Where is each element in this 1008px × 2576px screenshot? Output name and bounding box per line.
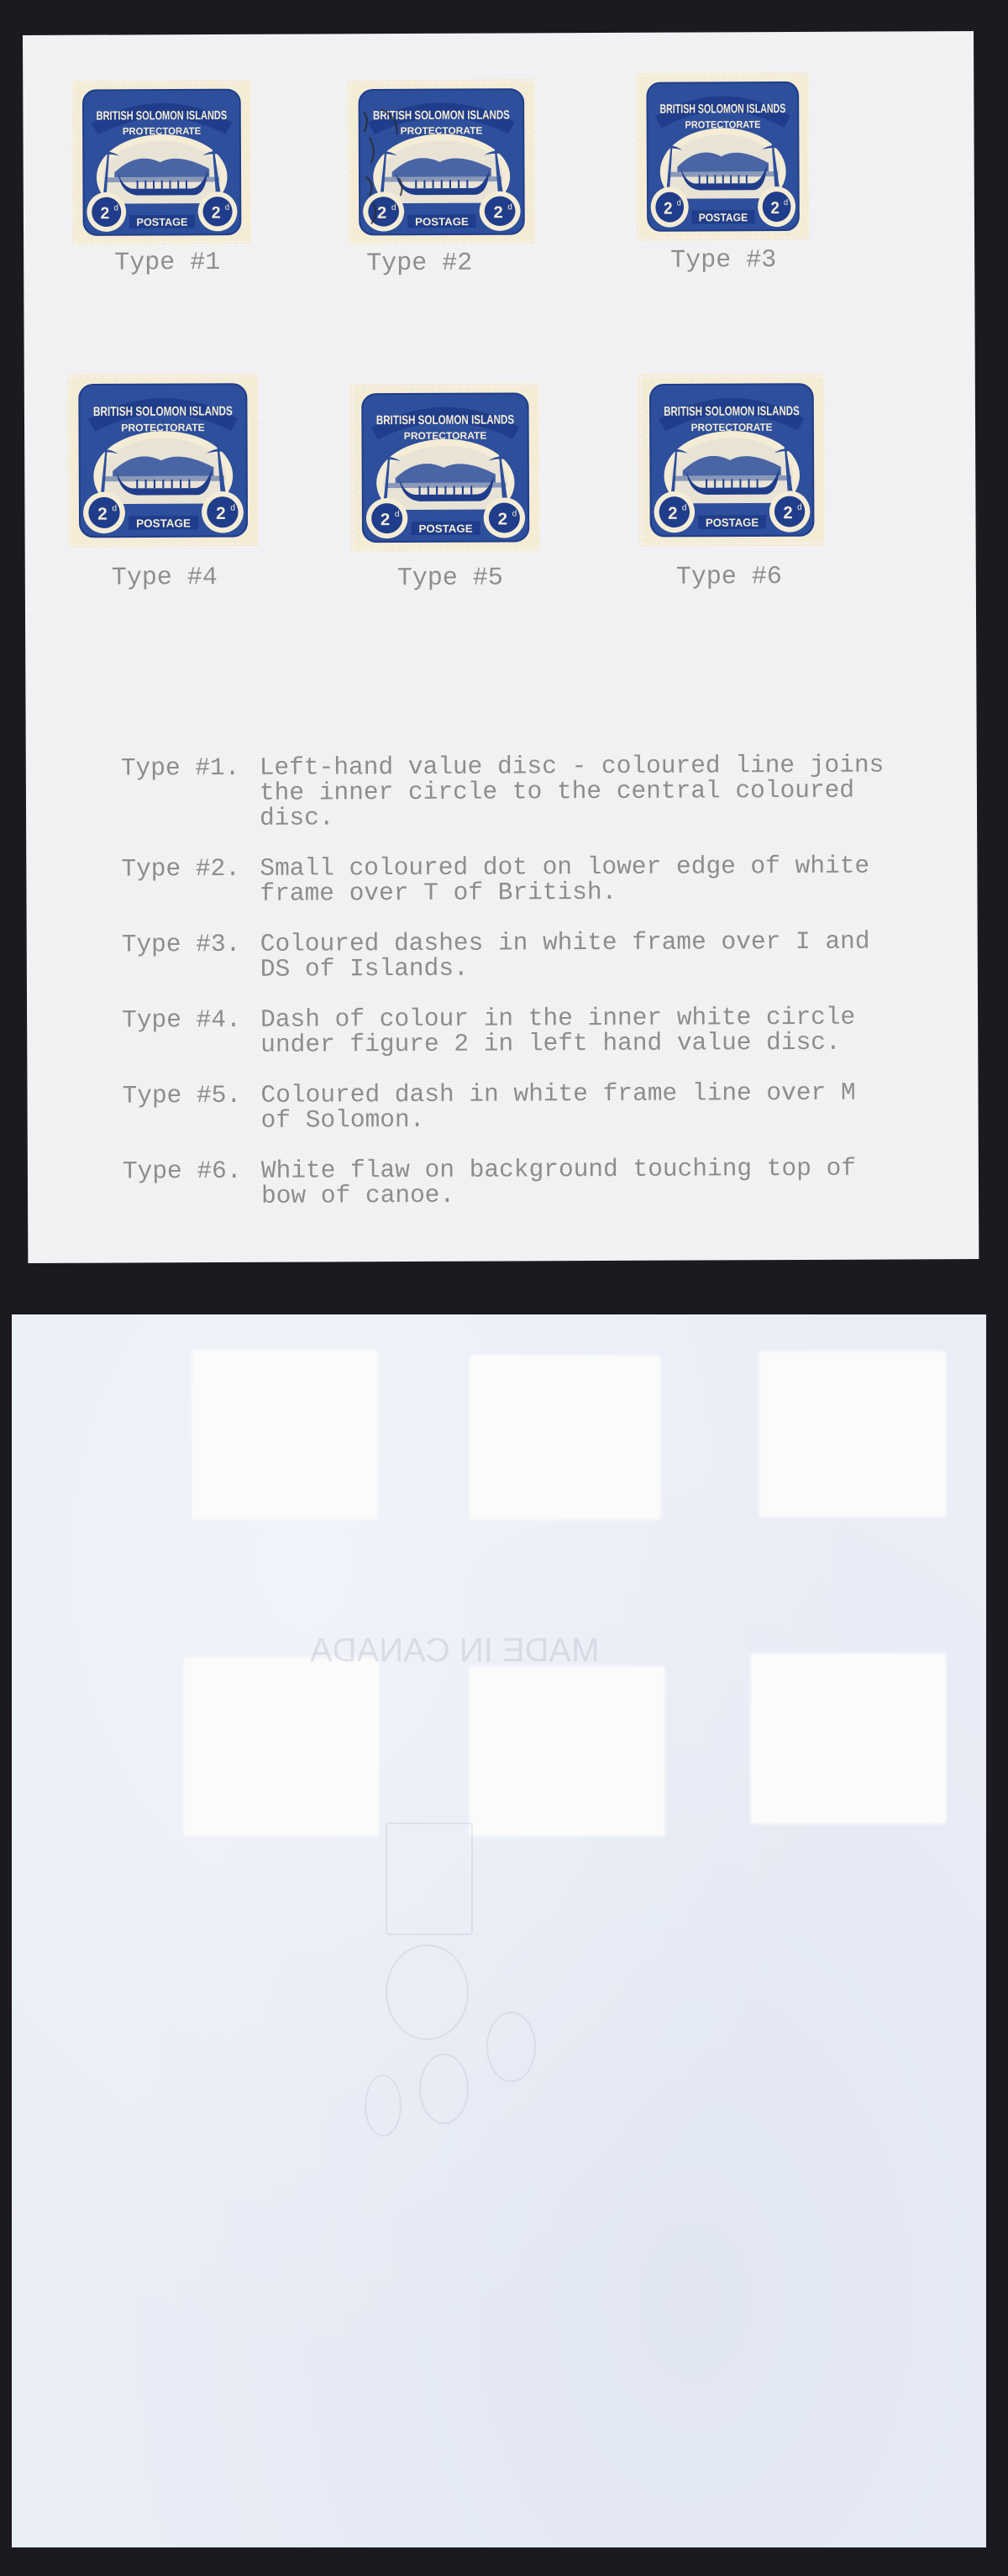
- stamp-ghost-mark: [760, 1352, 945, 1516]
- svg-text:BRITISH SOLOMON ISLANDS: BRITISH SOLOMON ISLANDS: [93, 404, 233, 419]
- svg-text:POSTAGE: POSTAGE: [706, 517, 759, 529]
- stamp-grid: BRITISH SOLOMON ISLANDS PROTECTORATE POS…: [23, 31, 974, 35]
- svg-text:d: d: [230, 504, 235, 513]
- svg-text:2: 2: [100, 204, 109, 223]
- svg-text:BRITISH SOLOMON ISLANDS: BRITISH SOLOMON ISLANDS: [659, 102, 785, 117]
- stamp-2: BRITISH SOLOMON ISLANDS PROTECTORATE POS…: [347, 79, 536, 244]
- stamp-ghost-mark: [193, 1351, 376, 1519]
- note-description: Coloured dashes in white frame over I an…: [260, 929, 870, 982]
- svg-text:BRITISH SOLOMON ISLANDS: BRITISH SOLOMON ISLANDS: [376, 413, 514, 428]
- stamp-image: BRITISH SOLOMON ISLANDS PROTECTORATE POS…: [71, 80, 252, 245]
- svg-text:2: 2: [498, 511, 508, 529]
- note-description: Dash of colour in the inner white circle…: [260, 1005, 855, 1057]
- svg-text:d: d: [113, 203, 118, 212]
- ghost-shape: [386, 1823, 473, 1935]
- stamp-type-label: Type #5: [397, 564, 503, 594]
- svg-text:POSTAGE: POSTAGE: [137, 217, 188, 228]
- note-description: Small coloured dot on lower edge of whit…: [260, 853, 869, 906]
- stamp-4: BRITISH SOLOMON ISLANDS PROTECTORATE POS…: [67, 374, 260, 548]
- note-item: Type #5. Coloured dash in white frame li…: [122, 1079, 962, 1133]
- stamp-ghost-mark: [185, 1659, 378, 1835]
- stamp-ghost-mark: [470, 1667, 664, 1835]
- stamp-type-label: Type #1: [114, 249, 220, 278]
- stamp-image: BRITISH SOLOMON ISLANDS PROTECTORATE POS…: [67, 374, 260, 548]
- note-item: Type #2. Small coloured dot on lower edg…: [121, 853, 961, 906]
- note-item: Type #3. Coloured dashes in white frame …: [122, 928, 962, 982]
- ghost-shape: [365, 2075, 402, 2137]
- svg-text:2: 2: [783, 504, 792, 522]
- svg-text:2: 2: [212, 204, 221, 223]
- stamp-type-label: Type #4: [112, 564, 218, 593]
- svg-text:d: d: [391, 203, 396, 212]
- svg-text:POSTAGE: POSTAGE: [418, 522, 472, 535]
- note-type-label: Type #2.: [121, 856, 260, 907]
- svg-text:d: d: [797, 503, 802, 512]
- svg-text:2: 2: [377, 204, 386, 223]
- stamp-image: BRITISH SOLOMON ISLANDS PROTECTORATE POS…: [347, 79, 536, 244]
- note-description: White flaw on background touching top of…: [261, 1156, 856, 1209]
- svg-text:d: d: [112, 504, 117, 513]
- svg-text:2: 2: [668, 505, 677, 523]
- note-item: Type #6. White flaw on background touchi…: [123, 1155, 963, 1209]
- stamp-type-label: Type #3: [670, 246, 776, 275]
- note-type-label: Type #4.: [122, 1007, 260, 1058]
- stamp-image: BRITISH SOLOMON ISLANDS PROTECTORATE POS…: [636, 72, 810, 241]
- stamp-image: BRITISH SOLOMON ISLANDS PROTECTORATE POS…: [638, 374, 826, 547]
- svg-text:2: 2: [493, 203, 502, 222]
- ghost-watermark-text: MADE IN CANADA: [310, 1632, 600, 1670]
- note-item: Type #1. Left-hand value disc - coloured…: [121, 752, 961, 831]
- stamp-type-label: Type #2: [366, 249, 472, 279]
- note-type-label: Type #1.: [121, 755, 260, 832]
- svg-text:2: 2: [216, 504, 226, 523]
- stamp-type-label: Type #6: [676, 563, 782, 592]
- svg-text:d: d: [512, 510, 517, 519]
- svg-text:POSTAGE: POSTAGE: [415, 215, 469, 228]
- svg-text:POSTAGE: POSTAGE: [699, 212, 748, 224]
- svg-text:d: d: [677, 198, 681, 207]
- svg-text:d: d: [507, 202, 512, 212]
- note-type-label: Type #3.: [122, 931, 260, 983]
- svg-text:d: d: [225, 203, 229, 212]
- stamp-1: BRITISH SOLOMON ISLANDS PROTECTORATE POS…: [71, 80, 252, 245]
- svg-text:d: d: [682, 503, 687, 512]
- svg-text:2: 2: [97, 505, 108, 524]
- stamp-3: BRITISH SOLOMON ISLANDS PROTECTORATE POS…: [636, 72, 810, 241]
- note-description: Left-hand value disc - coloured line joi…: [260, 753, 885, 831]
- album-page-front: BRITISH SOLOMON ISLANDS PROTECTORATE POS…: [23, 31, 979, 1263]
- stamp-ghost-mark: [470, 1356, 659, 1519]
- svg-text:2: 2: [381, 511, 391, 529]
- album-page-back: MADE IN CANADA: [12, 1314, 986, 2547]
- stamp-ghost-mark: [752, 1655, 945, 1823]
- note-type-label: Type #6.: [123, 1158, 261, 1209]
- svg-text:BRITISH SOLOMON ISLANDS: BRITISH SOLOMON ISLANDS: [97, 109, 228, 123]
- stamp-image: BRITISH SOLOMON ISLANDS PROTECTORATE POS…: [350, 383, 541, 552]
- svg-text:d: d: [395, 510, 400, 519]
- note-type-label: Type #5.: [122, 1083, 260, 1134]
- svg-text:BRITISH SOLOMON ISLANDS: BRITISH SOLOMON ISLANDS: [664, 404, 800, 419]
- svg-text:d: d: [784, 198, 788, 207]
- stamp-5: BRITISH SOLOMON ISLANDS PROTECTORATE POS…: [350, 383, 541, 552]
- svg-text:POSTAGE: POSTAGE: [136, 517, 191, 529]
- svg-text:2: 2: [770, 199, 780, 218]
- type-notes: Type #1. Left-hand value disc - coloured…: [121, 752, 963, 1234]
- note-description: Coloured dash in white frame line over M…: [260, 1080, 855, 1133]
- ghost-shape: [386, 1944, 469, 2040]
- ghost-shape: [486, 2012, 536, 2082]
- stamp-6: BRITISH SOLOMON ISLANDS PROTECTORATE POS…: [638, 374, 826, 547]
- note-item: Type #4. Dash of colour in the inner whi…: [122, 1004, 962, 1057]
- svg-text:2: 2: [664, 199, 673, 218]
- ghost-shape: [419, 2054, 469, 2124]
